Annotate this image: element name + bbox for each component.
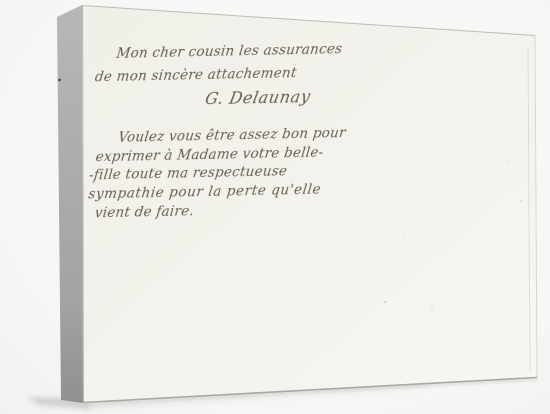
paper-speck: [508, 161, 510, 163]
paper-speck: [384, 301, 386, 303]
canvas-side-face: [57, 5, 83, 403]
canvas-print-rendering: [0, 0, 550, 414]
paper-speck: [403, 236, 405, 238]
tack-dot: [58, 79, 61, 82]
artwork-photo: Mon cher cousin les assurances de mon si…: [0, 0, 550, 414]
paper-speck: [520, 200, 522, 202]
canvas-front-face: [82, 5, 537, 403]
paper-speck: [299, 295, 301, 297]
paper-speck: [431, 309, 434, 312]
